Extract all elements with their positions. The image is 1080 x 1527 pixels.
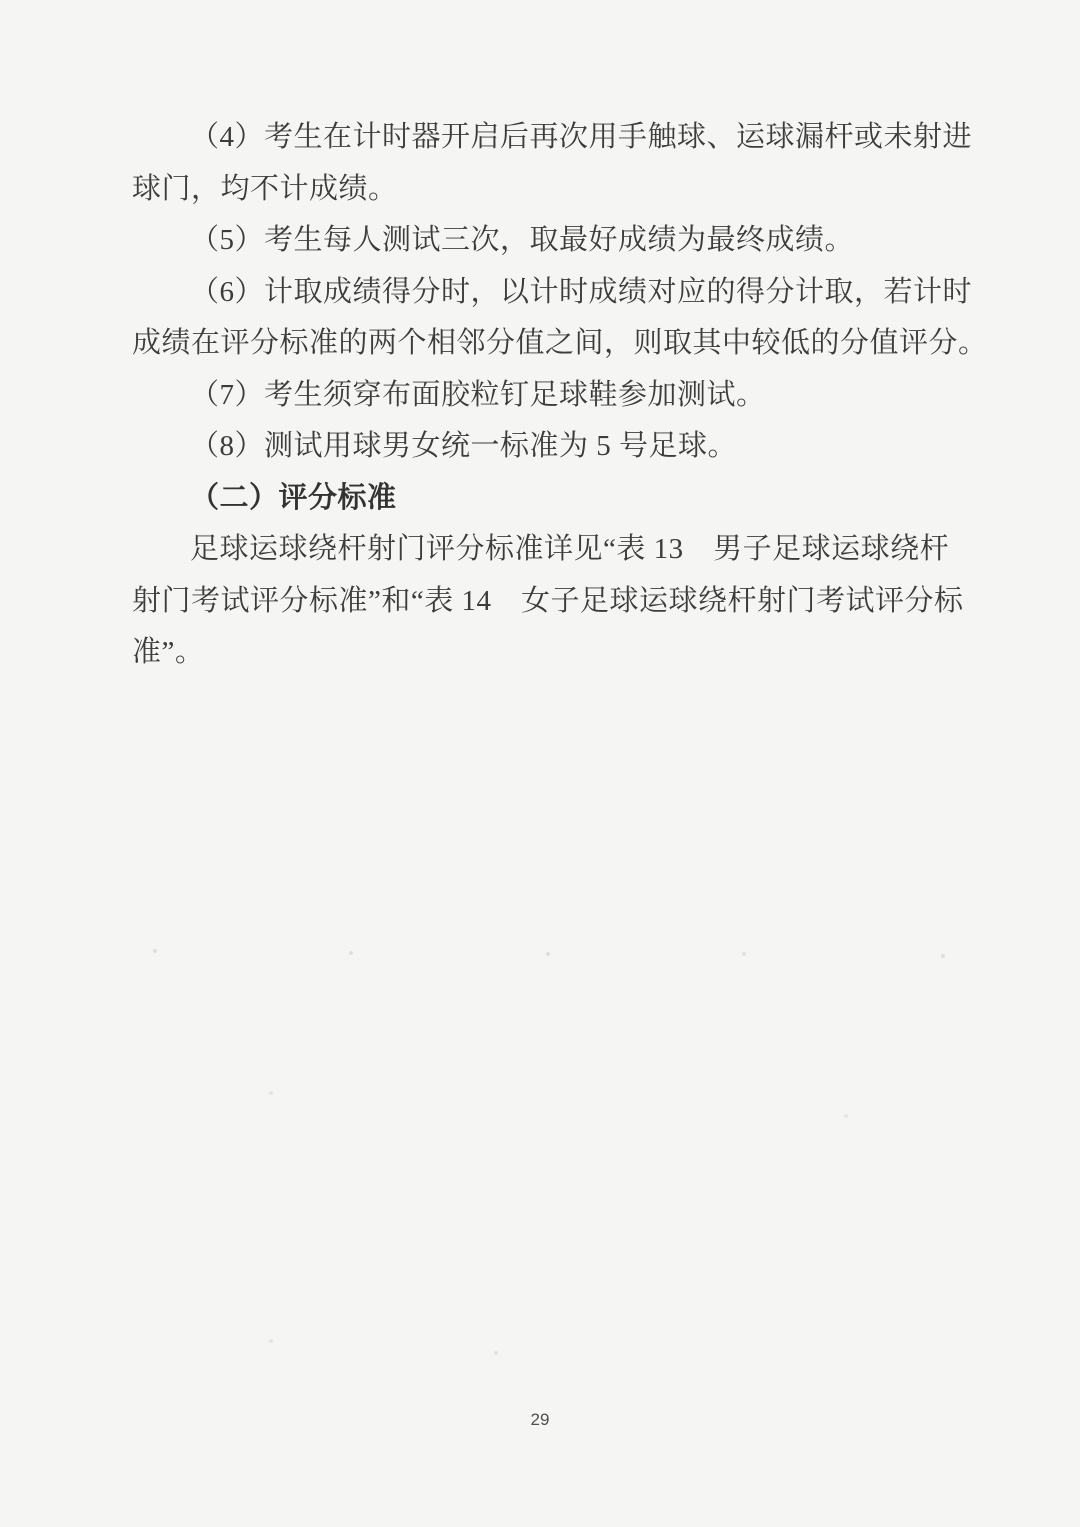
paragraph-line: 准”。 [132, 627, 972, 679]
paragraph-line: 球门，均不计成绩。 [132, 164, 972, 216]
paragraph-line: 成绩在评分标准的两个相邻分值之间，则取其中较低的分值评分。 [132, 318, 972, 370]
paragraph-line: （5）考生每人测试三次，取最好成绩为最终成绩。 [132, 215, 972, 267]
scan-speckles [0, 0, 2, 2]
paragraph-rule-4: （4）考生在计时器开启后再次用手触球、运球漏杆或未射进 球门，均不计成绩。 [132, 112, 972, 215]
section-heading-text: （二）评分标准 [132, 473, 972, 525]
paragraph-line: （8）测试用球男女统一标准为 5 号足球。 [132, 421, 972, 473]
document-page: （4）考生在计时器开启后再次用手触球、运球漏杆或未射进 球门，均不计成绩。 （5… [0, 0, 1080, 1527]
paragraph-line: 射门考试评分标准”和“表 14 女子足球运球绕杆射门考试评分标 [132, 576, 972, 628]
paragraph-rule-7: （7）考生须穿布面胶粒钉足球鞋参加测试。 [132, 370, 972, 422]
page-number: 29 [0, 1410, 1080, 1430]
paragraph-rule-6: （6）计取成绩得分时，以计时成绩对应的得分计取，若计时 成绩在评分标准的两个相邻… [132, 267, 972, 370]
text-block: （4）考生在计时器开启后再次用手触球、运球漏杆或未射进 球门，均不计成绩。 （5… [132, 112, 972, 679]
paragraph-line: （7）考生须穿布面胶粒钉足球鞋参加测试。 [132, 370, 972, 422]
paragraph-table-reference: 足球运球绕杆射门评分标准详见“表 13 男子足球运球绕杆 射门考试评分标准”和“… [132, 524, 972, 679]
paragraph-rule-8: （8）测试用球男女统一标准为 5 号足球。 [132, 421, 972, 473]
paragraph-line: （6）计取成绩得分时，以计时成绩对应的得分计取，若计时 [132, 267, 972, 319]
paragraph-line: （4）考生在计时器开启后再次用手触球、运球漏杆或未射进 [132, 112, 972, 164]
paragraph-line: 足球运球绕杆射门评分标准详见“表 13 男子足球运球绕杆 [132, 524, 972, 576]
paragraph-rule-5: （5）考生每人测试三次，取最好成绩为最终成绩。 [132, 215, 972, 267]
section-heading-scoring-standard: （二）评分标准 [132, 473, 972, 525]
